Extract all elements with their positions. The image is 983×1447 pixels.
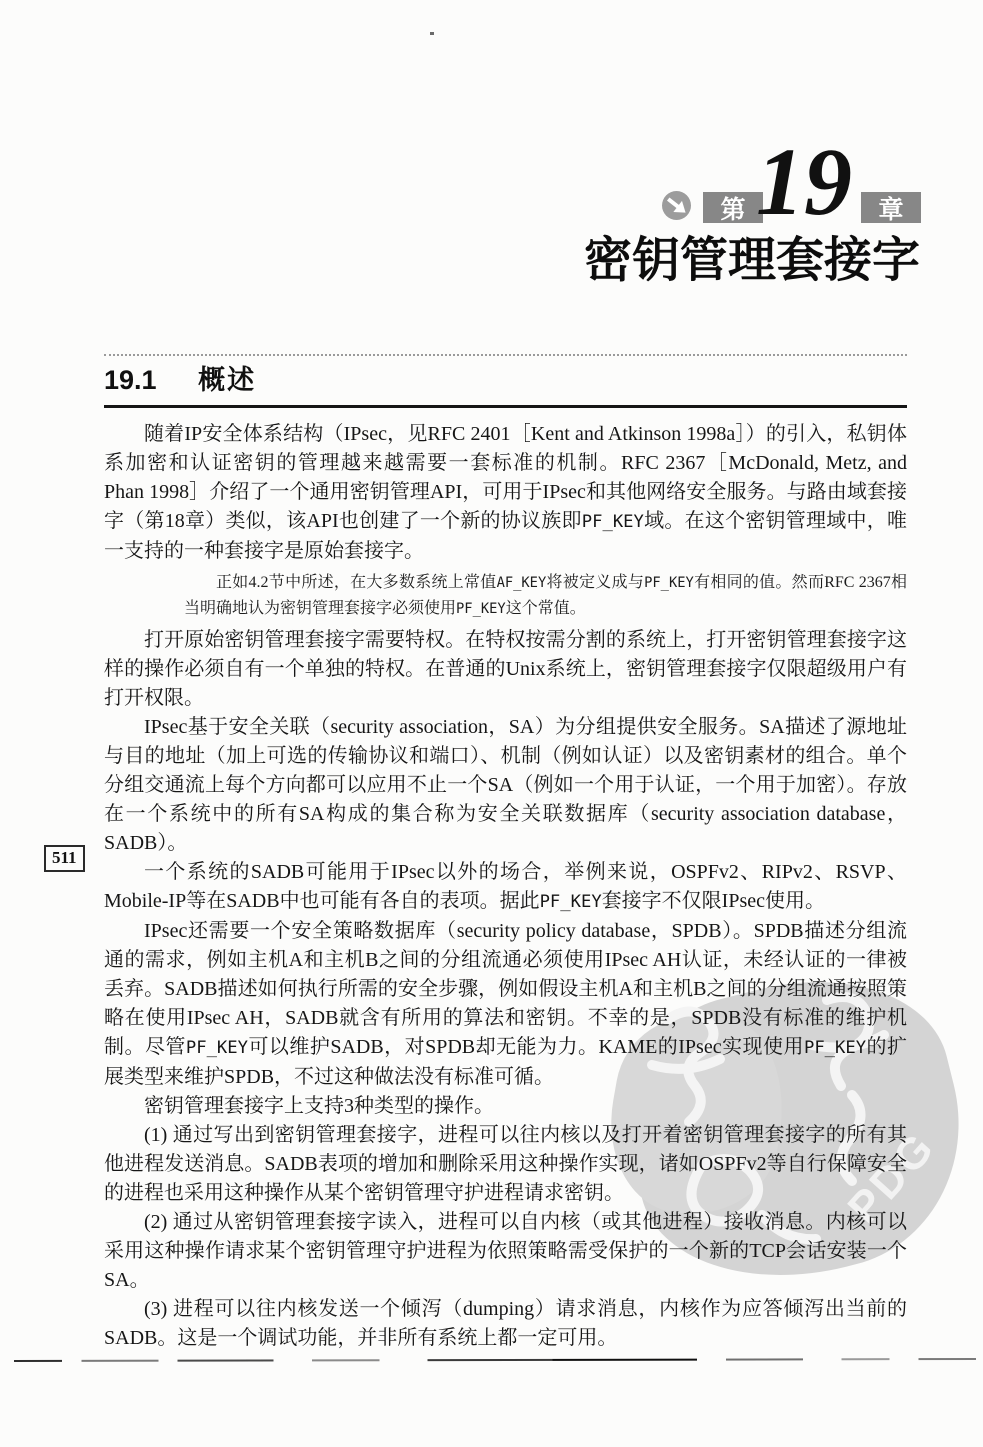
body-paragraph: (1) 通过写出到密钥管理套接字，进程可以往内核以及打开着密钥管理套接字的所有其… <box>104 1121 907 1208</box>
text-run: 可以维护SADB，对SPDB却无能为力。KAME的IPsec实现使用 <box>248 1036 804 1058</box>
constant-name: PF_KEY <box>804 1038 866 1058</box>
body-paragraph: 一个系统的SADB可能用于IPsec以外的场合，举例来说，OSPFv2、RIPv… <box>104 858 907 917</box>
body-paragraph: (3) 进程可以往内核发送一个倾泻（dumping）请求消息，内核作为应答倾泻出… <box>104 1295 907 1353</box>
body-paragraph: 密钥管理套接字上支持3种类型的操作。 <box>104 1092 907 1121</box>
body-paragraph: (2) 通过从密钥管理套接字读入，进程可以自内核（或其他进程）接收消息。内核可以… <box>104 1208 907 1295</box>
text-run: 打开原始密钥管理套接字需要特权。在特权按需分割的系统上，打开密钥管理套接字这样的… <box>104 629 907 709</box>
margin-page-number: 511 <box>44 845 85 872</box>
text-run: (2) 通过从密钥管理套接字读入，进程可以自内核（或其他进程）接收消息。内核可以… <box>104 1211 907 1291</box>
chapter-arrow-badge-icon <box>661 190 692 221</box>
constant-name: PF_KEY <box>186 1038 248 1058</box>
constant-name: PF_KEY <box>582 512 644 532</box>
text-run: 正如4.2节中所述，在大多数系统上常值 <box>216 574 497 591</box>
text-run: (1) 通过写出到密钥管理套接字，进程可以往内核以及打开着密钥管理套接字的所有其… <box>104 1124 907 1204</box>
body-paragraph: IPsec基于安全关联（security association，SA）为分组提… <box>104 713 907 858</box>
chapter-number: 19 <box>749 134 859 230</box>
text-run: 这个常值。 <box>506 600 586 617</box>
section-heading: 19.1 概述 <box>104 354 907 408</box>
section-number: 19.1 <box>104 363 157 397</box>
section-bottom-rule <box>104 405 907 408</box>
chapter-title: 密钥管理套接字 <box>584 233 920 289</box>
book-page: PDG 第 19 章 密钥管理套接字 19.1 概述 511 随着I <box>0 0 983 1447</box>
inset-note: 正如4.2节中所述，在大多数系统上常值AF_KEY将被定义成与PF_KEY有相同… <box>184 570 907 622</box>
chapter-prefix-char: 第 <box>720 190 745 226</box>
section-title: 概述 <box>198 363 256 397</box>
constant-name: PF_KEY <box>540 892 602 912</box>
text-run: (3) 进程可以往内核发送一个倾泻（dumping）请求消息，内核作为应答倾泻出… <box>104 1298 907 1349</box>
constant-name: PF_KEY <box>456 601 506 617</box>
body-paragraph: 打开原始密钥管理套接字需要特权。在特权按需分割的系统上，打开密钥管理套接字这样的… <box>104 626 907 713</box>
body-text: 随着IP安全体系结构（IPsec，见RFC 2401［Kent and Atki… <box>104 420 907 1353</box>
body-paragraph: 随着IP安全体系结构（IPsec，见RFC 2401［Kent and Atki… <box>104 420 907 566</box>
text-run: 密钥管理套接字上支持3种类型的操作。 <box>144 1095 494 1117</box>
section-heading-row: 19.1 概述 <box>104 363 907 397</box>
text-run: 套接字不仅限IPsec使用。 <box>602 890 825 912</box>
scan-bottom-line <box>14 1357 976 1362</box>
chapter-suffix-char: 章 <box>878 190 903 226</box>
body-paragraph: IPsec还需要一个安全策略数据库（security policy databa… <box>104 917 907 1092</box>
text-run: 将被定义成与 <box>546 574 644 591</box>
constant-name: PF_KEY <box>644 575 694 591</box>
scan-speck <box>430 32 434 35</box>
chapter-suffix-bar: 章 <box>861 192 921 223</box>
section-top-dotted-rule <box>104 354 907 356</box>
constant-name: AF_KEY <box>497 575 547 591</box>
text-run: IPsec基于安全关联（security association，SA）为分组提… <box>104 716 907 854</box>
